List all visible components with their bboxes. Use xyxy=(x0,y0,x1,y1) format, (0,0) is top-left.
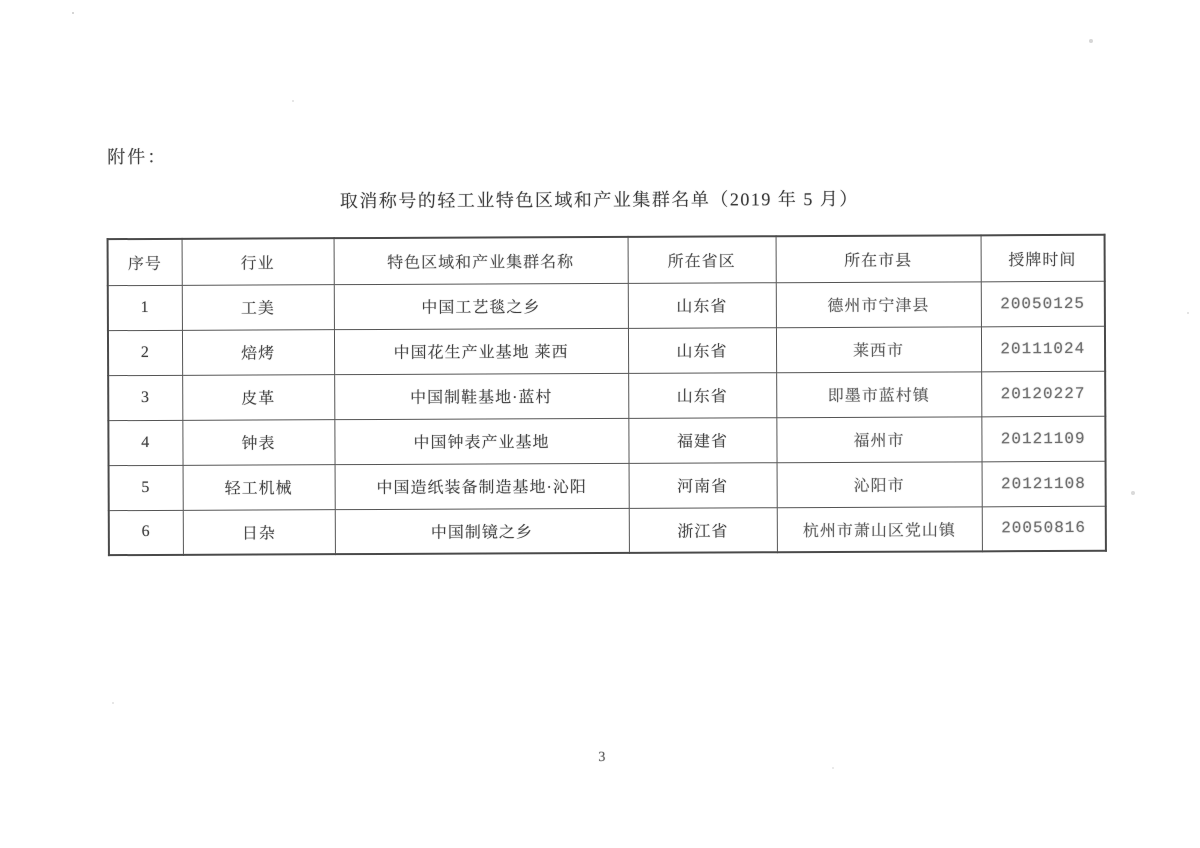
table-cell: 中国钟表产业基地 xyxy=(334,418,628,464)
table-cell: 20050125 xyxy=(981,281,1105,327)
table-cell: 20111024 xyxy=(981,326,1105,372)
table-cell: 1 xyxy=(108,285,182,330)
column-header: 所在市县 xyxy=(776,235,981,282)
table-cell: 德州市宁津县 xyxy=(776,281,981,327)
document-page: 附件： 取消称号的轻工业特色区域和产业集群名单（2019 年 5 月） 序号行业… xyxy=(0,0,1200,848)
table-cell: 日杂 xyxy=(183,509,335,555)
table-cell: 3 xyxy=(108,375,182,420)
table-row: 4钟表中国钟表产业基地福建省福州市20121109 xyxy=(108,416,1105,465)
column-header: 序号 xyxy=(108,239,182,285)
table-cell: 山东省 xyxy=(628,372,776,418)
table-cell: 中国制鞋基地·蓝村 xyxy=(334,373,628,419)
table-cell: 焙烤 xyxy=(182,329,334,375)
table-cell: 20120227 xyxy=(981,371,1105,417)
column-header: 特色区域和产业集群名称 xyxy=(334,237,628,284)
column-header: 授牌时间 xyxy=(981,235,1105,282)
table-cell: 轻工机械 xyxy=(183,464,335,510)
attachment-label: 附件： xyxy=(107,143,167,169)
table-cell: 沁阳市 xyxy=(777,461,982,507)
table-cell: 福州市 xyxy=(776,416,981,462)
table-cell: 20050816 xyxy=(982,506,1106,552)
table-row: 6日杂中国制镜之乡浙江省杭州市萧山区党山镇20050816 xyxy=(109,506,1106,555)
table-cell: 2 xyxy=(108,330,182,375)
table-cell: 6 xyxy=(109,510,183,555)
table-row: 5轻工机械中国造纸装备制造基地·沁阳河南省沁阳市20121108 xyxy=(109,461,1106,510)
table-cell: 中国工艺毯之乡 xyxy=(334,283,628,329)
table-cell: 中国花生产业基地 莱西 xyxy=(334,328,628,374)
table-cell: 山东省 xyxy=(628,282,776,328)
table-cell: 即墨市蓝村镇 xyxy=(776,371,981,417)
table-cell: 杭州市萧山区党山镇 xyxy=(777,506,982,552)
table-row: 3皮革中国制鞋基地·蓝村山东省即墨市蓝村镇20120227 xyxy=(108,371,1105,420)
column-header: 行业 xyxy=(182,238,334,285)
scanned-content: 附件： 取消称号的轻工业特色区域和产业集群名单（2019 年 5 月） 序号行业… xyxy=(0,0,1200,848)
table-row: 2焙烤中国花生产业基地 莱西山东省莱西市20111024 xyxy=(108,326,1105,375)
table-cell: 20121108 xyxy=(982,461,1106,507)
table-cell: 莱西市 xyxy=(776,326,981,372)
cancelled-clusters-table: 序号行业特色区域和产业集群名称所在省区所在市县授牌时间 1工美中国工艺毯之乡山东… xyxy=(107,234,1107,556)
column-header: 所在省区 xyxy=(628,236,776,283)
table-cell: 山东省 xyxy=(628,327,776,373)
table-row: 1工美中国工艺毯之乡山东省德州市宁津县20050125 xyxy=(108,281,1105,330)
table-cell: 钟表 xyxy=(182,419,334,465)
page-number: 3 xyxy=(2,747,1200,768)
table-cell: 福建省 xyxy=(628,417,776,463)
table-cell: 5 xyxy=(109,465,183,510)
table-cell: 4 xyxy=(108,420,182,465)
document-title: 取消称号的轻工业特色区域和产业集群名单（2019 年 5 月） xyxy=(0,183,1199,214)
table-cell: 浙江省 xyxy=(629,507,777,553)
table-header-row: 序号行业特色区域和产业集群名称所在省区所在市县授牌时间 xyxy=(108,235,1105,285)
table-cell: 中国制镜之乡 xyxy=(335,508,629,554)
table-cell: 皮革 xyxy=(182,374,334,420)
table-cell: 中国造纸装备制造基地·沁阳 xyxy=(335,463,629,509)
table-cell: 河南省 xyxy=(629,462,777,508)
table-cell: 20121109 xyxy=(981,416,1105,462)
table-cell: 工美 xyxy=(182,284,334,330)
